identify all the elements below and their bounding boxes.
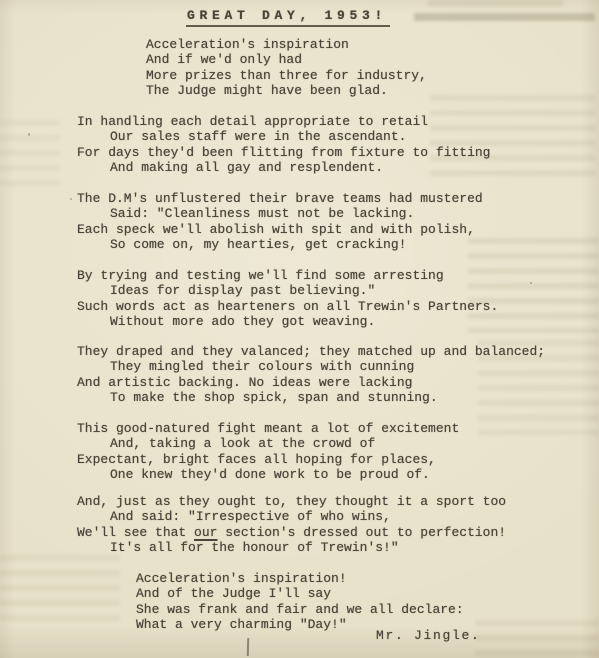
poem-line: And if we'd only had: [146, 52, 427, 67]
line-segment: We'll see that: [77, 525, 194, 540]
poem-line: Expectant, bright faces all hoping for p…: [77, 452, 459, 467]
poem-line: And said: "Irrespective of who wins,: [77, 509, 506, 524]
poem-line: By trying and testing we'll find some ar…: [77, 268, 498, 283]
line-segment: section's dressed out to perfection!: [217, 525, 506, 540]
paper-speck: [530, 282, 532, 284]
poem-line: More prizes than three for industry,: [146, 68, 427, 83]
poem-line: And, taking a look at the crowd of: [77, 436, 459, 451]
poem-line: They mingled their colours with cunning: [77, 359, 545, 374]
poem-line: And, just as they ought to, they thought…: [77, 494, 506, 509]
poem-stanzas: Acceleration's inspirationAnd if we'd on…: [0, 0, 599, 658]
poem-line: Acceleration's inspiration: [146, 37, 427, 52]
poem-line: And of the Judge I'll say: [136, 586, 464, 601]
stanza-2: In handling each detail appropriate to r…: [77, 114, 490, 176]
stanza-6: This good-natured fight meant a lot of e…: [77, 421, 459, 483]
poem-line: Acceleration's inspiration!: [136, 571, 464, 586]
stanza-1: Acceleration's inspirationAnd if we'd on…: [146, 37, 427, 99]
paper-speck: [28, 133, 30, 136]
poem-line: One knew they'd done work to be proud of…: [77, 467, 459, 482]
signature: Mr. Jingle.: [376, 628, 481, 643]
poem-line: Without more ado they got weaving.: [77, 314, 498, 329]
poem-line: The Judge might have been glad.: [146, 83, 427, 98]
stanza-4: By trying and testing we'll find some ar…: [77, 268, 498, 330]
underlined-word: our: [194, 525, 217, 540]
poem-line: Such words act as hearteners on all Trew…: [77, 299, 498, 314]
paper-speck: [70, 198, 72, 200]
poem-line: Each speck we'll abolish with spit and w…: [77, 222, 483, 237]
poem-line: Ideas for display past believing.": [77, 283, 498, 298]
poem-line: Our sales staff were in the ascendant.: [77, 129, 490, 144]
poem-line: The D.M's unflustered their brave teams …: [77, 191, 483, 206]
poem-line: For days they'd been flitting from fixtu…: [77, 145, 490, 160]
poem-line: They draped and they valanced; they matc…: [77, 344, 545, 359]
poem-line: In handling each detail appropriate to r…: [77, 114, 490, 129]
scanned-page: GREAT DAY, 1953! Acceleration's inspirat…: [0, 0, 599, 658]
stanza-3: The D.M's unflustered their brave teams …: [77, 191, 483, 253]
poem-line: She was frank and fair and we all declar…: [136, 602, 464, 617]
poem-line: It's all for the honour of Trewin's!": [77, 540, 506, 555]
poem-line: To make the shop spick, span and stunnin…: [77, 390, 545, 405]
poem-line: And artistic backing. No ideas were lack…: [77, 375, 545, 390]
poem-line: We'll see that our section's dressed out…: [77, 525, 506, 540]
poem-line: And making all gay and resplendent.: [77, 160, 490, 175]
poem-line: This good-natured fight meant a lot of e…: [77, 421, 459, 436]
stanza-8: Acceleration's inspiration!And of the Ju…: [136, 571, 464, 633]
stanza-5: They draped and they valanced; they matc…: [77, 344, 545, 406]
poem-line: So come on, my hearties, get cracking!: [77, 237, 483, 252]
poem-line: Said: "Cleanliness must not be lacking.: [77, 206, 483, 221]
stanza-7: And, just as they ought to, they thought…: [77, 494, 506, 556]
